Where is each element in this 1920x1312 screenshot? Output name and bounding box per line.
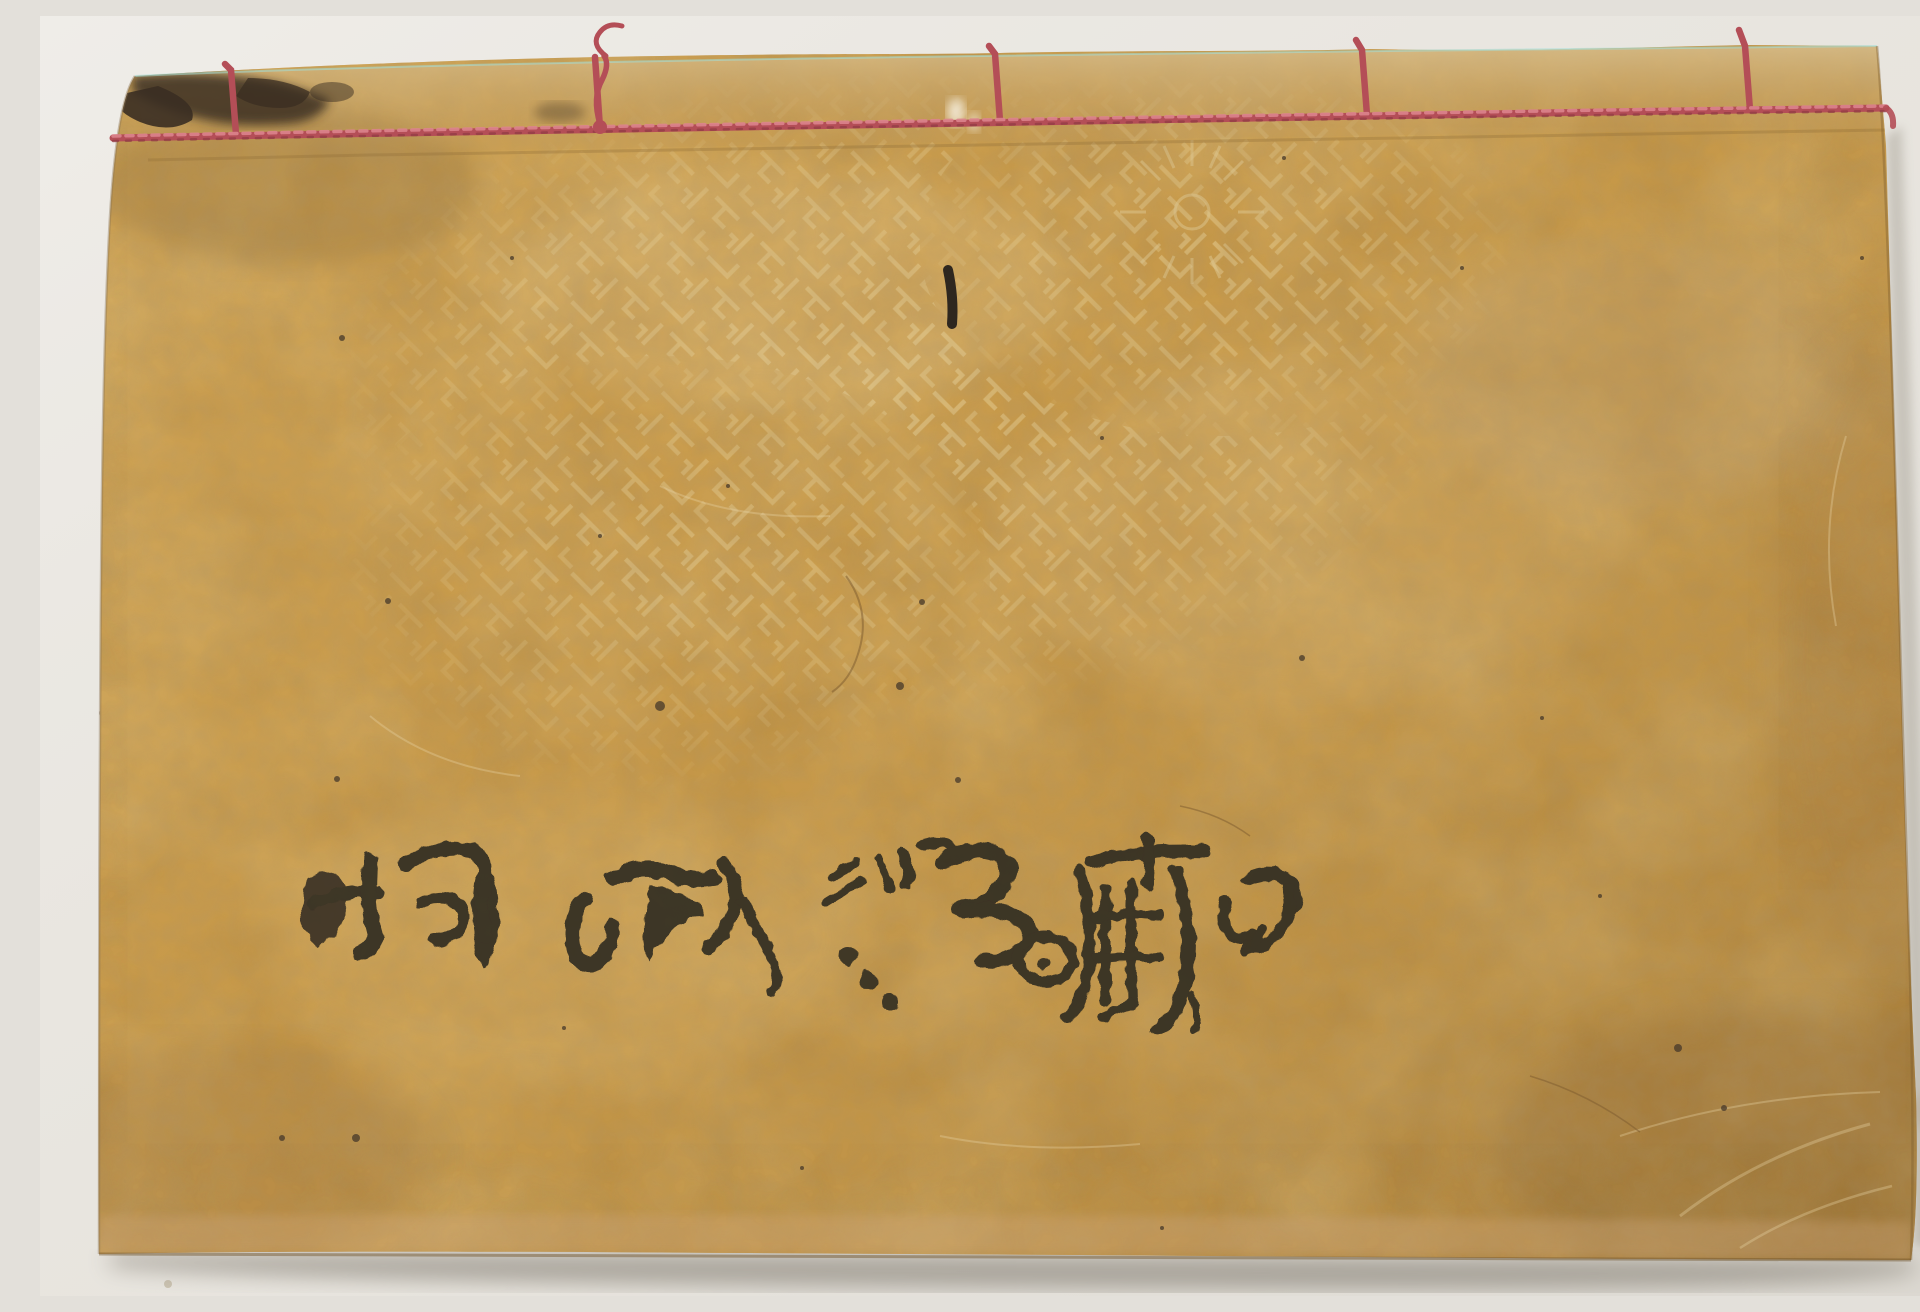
paper-speck: [334, 776, 340, 782]
paper-grain-light: [80, 36, 1920, 1276]
paper-speck: [896, 682, 904, 690]
paper-speck: [1674, 1044, 1682, 1052]
paper-speck: [1160, 1226, 1164, 1230]
book-cover: [40, 36, 1920, 1286]
paper-speck: [1721, 1105, 1727, 1111]
paper-speck: [510, 256, 514, 260]
paper-speck: [598, 534, 602, 538]
paper-speck: [1540, 716, 1544, 720]
paper-speck: [279, 1135, 285, 1141]
paper-speck: [1100, 436, 1104, 440]
paper-speck: [726, 484, 730, 488]
paper-speck: [339, 335, 345, 341]
paper-speck: [919, 599, 925, 605]
paper-speck: [385, 598, 391, 604]
paper-speck: [800, 1166, 804, 1170]
paper-speck: [655, 701, 665, 711]
photo-canvas: [40, 16, 1920, 1296]
photo: Antique Korean stab-bound book lying sid…: [40, 16, 1920, 1296]
paper-speck: [1860, 256, 1864, 260]
paper-speck: [1598, 894, 1602, 898]
paper-speck: [955, 777, 961, 783]
paper-speck: [1282, 156, 1286, 160]
cover-surface-details: [40, 36, 1920, 1286]
paper-speck: [562, 1026, 566, 1030]
ink-tick-mark: [948, 270, 953, 324]
paper-speck: [352, 1134, 360, 1142]
background-speck: [164, 1280, 172, 1288]
paper-speck: [1299, 655, 1305, 661]
paper-speck: [1460, 266, 1464, 270]
